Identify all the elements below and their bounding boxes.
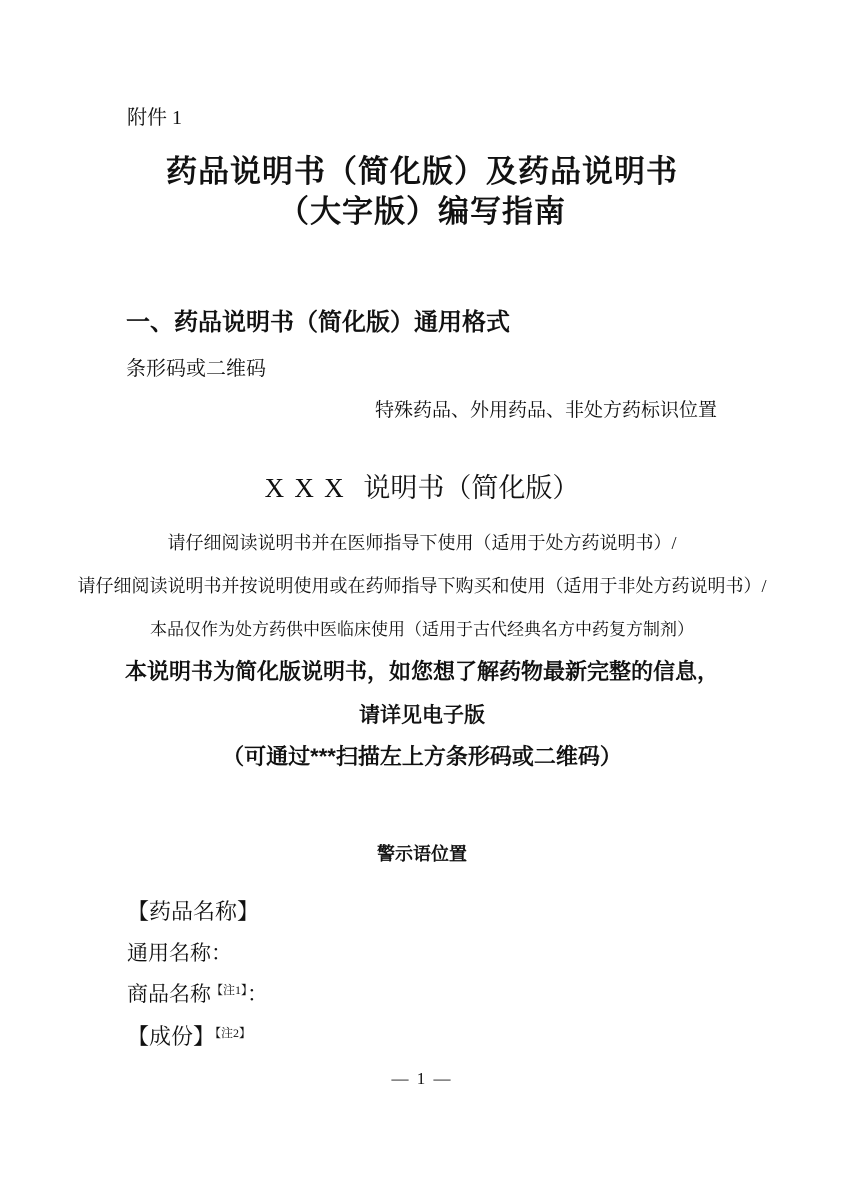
emphasis-simplified-version-line1: 本说明书为简化版说明书，如您想了解药物最新完整的信息， — [0, 655, 844, 686]
field-trade-name-label: 商品名称 — [127, 982, 211, 1006]
sheet-title-text: 说明书（简化版） — [363, 473, 579, 503]
footnote-ref-2: 【注2】 — [215, 1026, 251, 1040]
footnote-ref-1: 【注1】 — [211, 983, 247, 997]
document-page: 附件 1 药品说明书（简化版）及药品说明书 （大字版）编写指南 一、药品说明书（… — [0, 0, 844, 1194]
page-number: — 1 — — [0, 1069, 844, 1089]
warning-position-label: 警示语位置 — [0, 840, 844, 866]
notice-prescription: 请仔细阅读说明书并在医师指导下使用（适用于处方药说明书）/ — [0, 529, 844, 555]
document-title-line1: 药品说明书（简化版）及药品说明书 — [0, 146, 844, 191]
barcode-placeholder-label: 条形码或二维码 — [126, 352, 266, 381]
emphasis-scan-barcode: （可通过***扫描左上方条形码或二维码） — [0, 740, 844, 771]
notice-otc: 请仔细阅读说明书并按说明使用或在药师指导下购买和使用（适用于非处方药说明书）/ — [0, 572, 844, 598]
document-title-line2: （大字版）编写指南 — [0, 186, 844, 231]
field-trade-name: 商品名称【注1】： — [127, 978, 268, 1008]
field-trade-name-colon: ： — [247, 982, 268, 1006]
field-generic-name: 通用名称： — [127, 937, 232, 967]
notice-tcm: 本品仅作为处方药供中医临床使用（适用于古代经典名方中药复方制剂） — [0, 615, 844, 640]
section-heading: 一、药品说明书（简化版）通用格式 — [126, 302, 510, 337]
attachment-label: 附件 1 — [127, 101, 182, 130]
field-ingredients-header: 【成份】 — [127, 1024, 215, 1049]
sheet-title: XXX说明书（简化版） — [0, 466, 844, 505]
field-drug-name-header: 【药品名称】 — [127, 895, 259, 926]
field-ingredients: 【成份】【注2】 — [127, 1020, 251, 1051]
sheet-title-placeholder-x: XXX — [265, 473, 354, 503]
emphasis-see-electronic-version: 请详见电子版 — [0, 699, 844, 729]
marking-position-label: 特殊药品、外用药品、非处方药标识位置 — [375, 395, 717, 422]
